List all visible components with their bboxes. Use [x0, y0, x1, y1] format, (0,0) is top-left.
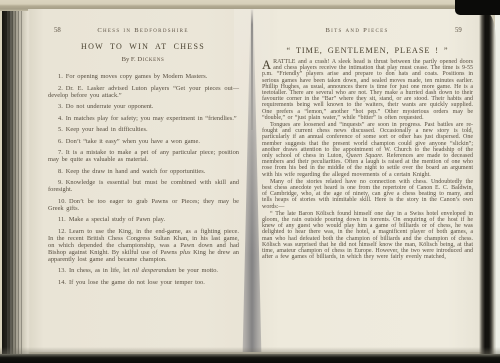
cover-edge-right: [479, 13, 496, 354]
list-item: 14.If you lose the game do not lose your…: [48, 279, 239, 286]
tips-list: 1.For opening moves copy games by Modern…: [48, 73, 239, 290]
list-item: 2.Dr. E. Lasker advised Luton players “G…: [48, 85, 239, 99]
list-item: 3.Do not underrate your opponent.: [48, 103, 239, 110]
paragraph: ARATTLE and a crash! A sleek head is thr…: [262, 59, 473, 121]
list-item: 11.Make a special study of Pawn play.: [48, 216, 239, 223]
book-scan: 58 Chess in Bedfordshire HOW TO WIN AT C…: [0, 0, 500, 363]
byline-by: By F.: [122, 56, 136, 63]
paragraph: Many of the stories related have no conn…: [262, 179, 473, 210]
cover-corner-top-right: [455, 0, 500, 15]
page-stack-edge-left: [0, 11, 30, 354]
byline: By F. Dickens: [48, 56, 238, 63]
list-item: 5.Keep your head in difficulties.: [48, 126, 239, 133]
right-page-number: 59: [455, 27, 462, 34]
byline-author: Dickens: [137, 56, 164, 63]
cover-edge-bottom: [0, 354, 500, 363]
list-item: 12.Learn to use the King, in the end-gam…: [48, 228, 239, 263]
left-article-title: HOW TO WIN AT CHESS: [48, 42, 238, 51]
article-body: ARATTLE and a crash! A sleek head is thr…: [262, 59, 473, 261]
list-item: 6.Don’t “take it easy” when you have a w…: [48, 138, 239, 145]
list-item: 9.Knowledge is essential but must be com…: [48, 179, 239, 193]
list-item: 8.Keep the draw in hand and watch for op…: [48, 168, 239, 175]
drop-cap: A: [262, 59, 273, 71]
left-running-header: Chess in Bedfordshire: [48, 27, 238, 34]
gutter-crease-line: [251, 10, 253, 130]
paragraph: “ The late Baron Kölisch found himself o…: [262, 211, 473, 261]
right-running-header: Bits and Pieces: [267, 27, 447, 34]
paragraph: Tongues are loosened and “inquests” are …: [262, 122, 473, 178]
list-item: 13.In chess, as in life, let nil despera…: [48, 267, 239, 274]
list-item: 4.In matches play for safety; you may ex…: [48, 115, 239, 122]
list-item: 7.It is a mistake to make a pet of any p…: [48, 149, 239, 163]
list-item: 1.For opening moves copy games by Modern…: [48, 73, 239, 80]
right-article-title: “ TIME, GENTLEMEN, PLEASE ! ”: [262, 46, 473, 55]
list-item: 10.Don’t be too eager to grab Pawns or P…: [48, 198, 239, 212]
